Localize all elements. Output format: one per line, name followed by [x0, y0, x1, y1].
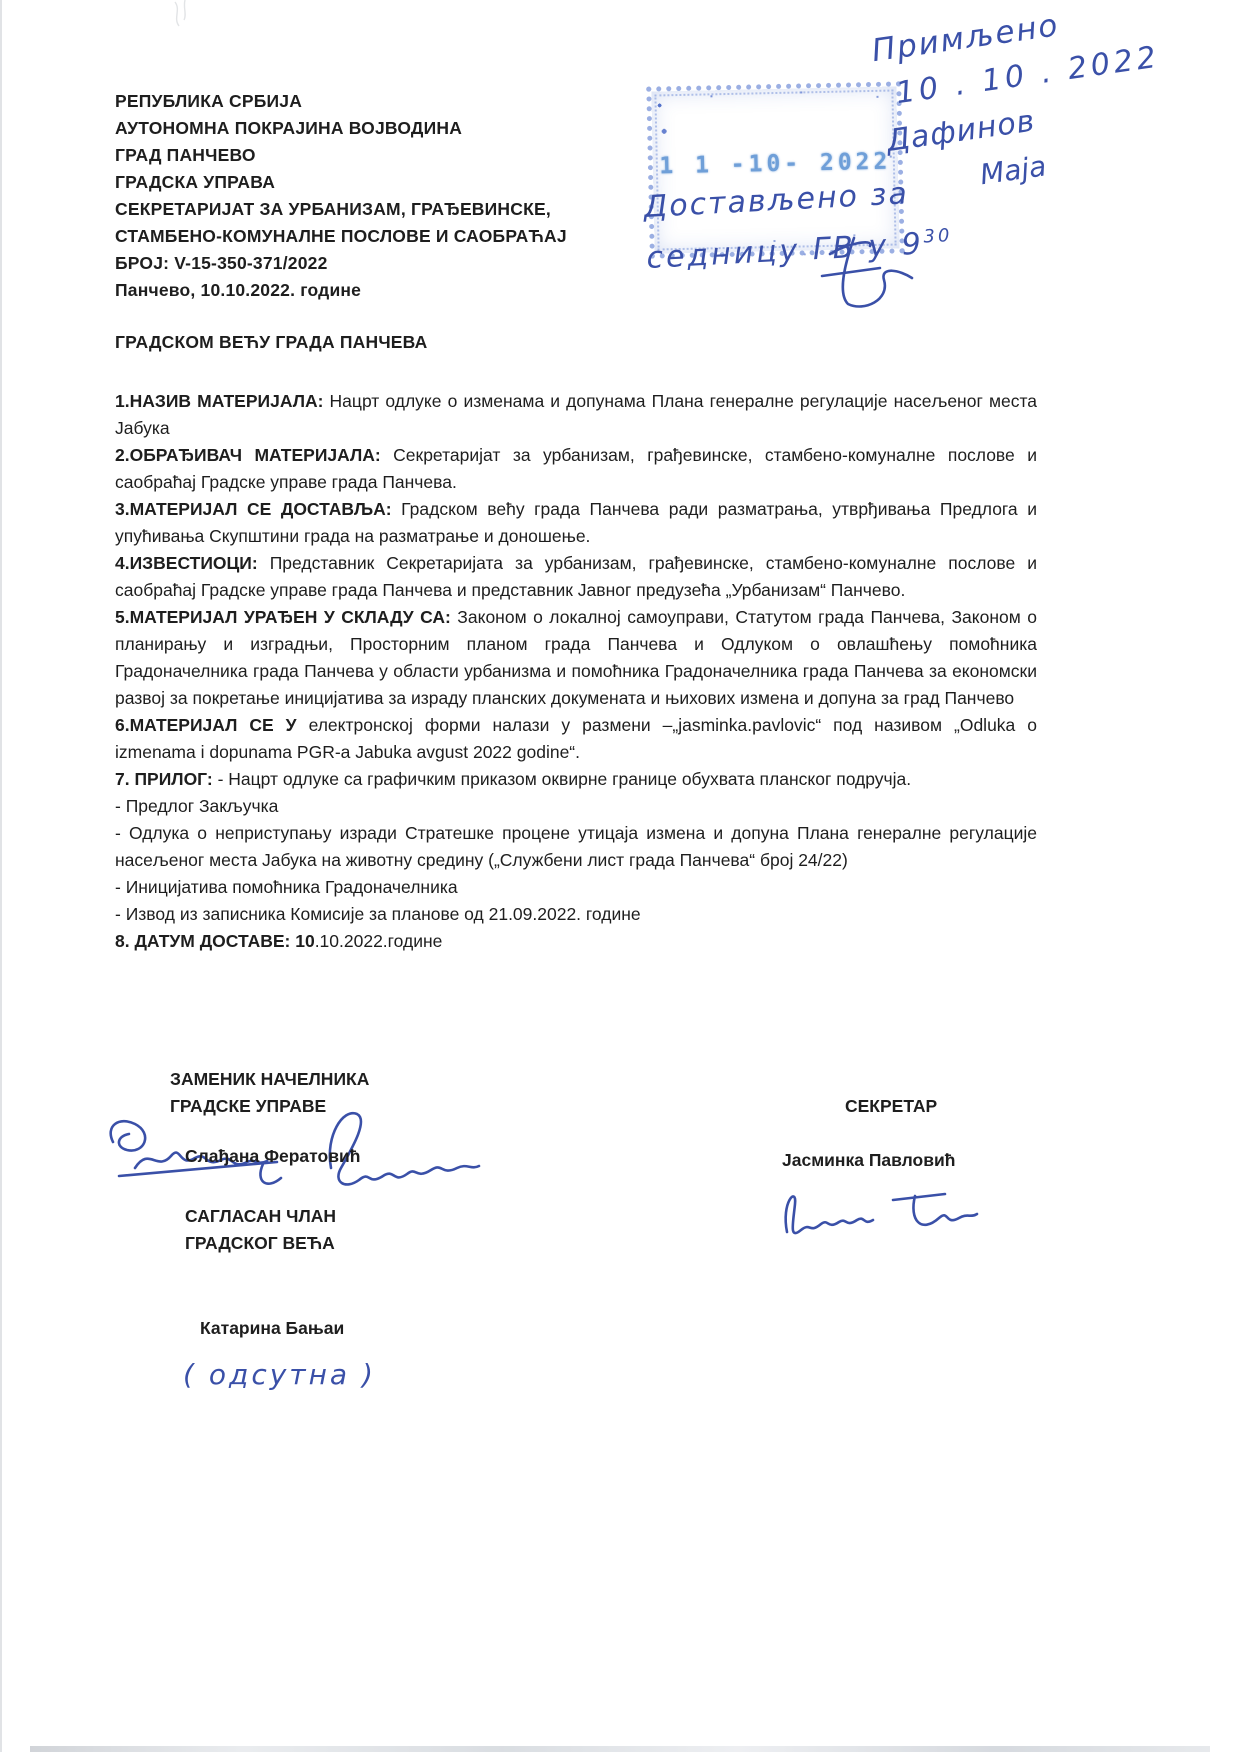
initials-signature — [812, 232, 927, 312]
scan-smudge — [163, 0, 203, 40]
item-naziv-materijala: 1.НАЗИВ МАТЕРИЈАЛА: Нацрт одлуке о измен… — [115, 388, 1037, 442]
delivery-superscript: 30 — [923, 225, 953, 247]
item-u-skladu-sa: 5.МАТЕРИЈАЛ УРАЂЕН У СКЛАДУ СА: Законом … — [115, 604, 1037, 712]
agreeing-member-title-line: САГЛАСАН ЧЛАН — [185, 1203, 336, 1230]
scan-edge-left — [0, 0, 2, 1752]
right-signer-title: СЕКРЕТАР — [845, 1096, 937, 1117]
prilog-line: - Одлука о неприступању изради Стратешке… — [115, 820, 1037, 874]
item-datum-dostave: 8. ДАТУМ ДОСТАВЕ: 10.10.2022.године — [115, 928, 1037, 955]
signature-jasminka-pavlovic — [775, 1182, 985, 1244]
letterhead-line: РЕПУБЛИКА СРБИЈА — [115, 88, 567, 115]
item-elektronska-forma: 6.МАТЕРИЈАЛ СЕ У електронској форми нала… — [115, 712, 1037, 766]
item-dostavlja-se: 3.МАТЕРИЈАЛ СЕ ДОСТАВЉА: Градском већу г… — [115, 496, 1037, 550]
member-name: Катарина Бањаи — [200, 1318, 344, 1339]
agreeing-member-title: САГЛАСАН ЧЛАН ГРАДСКОГ ВЕЋА — [185, 1203, 336, 1257]
prilog-line: - Предлог Закључка — [115, 793, 1037, 820]
letterhead: РЕПУБЛИКА СРБИЈА АУТОНОМНА ПОКРАЈИНА ВОЈ… — [115, 88, 567, 304]
agreeing-member-title-line: ГРАДСКОГ ВЕЋА — [185, 1230, 336, 1257]
letterhead-line: ГРАД ПАНЧЕВО — [115, 142, 567, 169]
prilog-line: - Иницијатива помоћника Градоначелника — [115, 874, 1037, 901]
item-prilog: 7. ПРИЛОГ: - Нацрт одлуке са графичким п… — [115, 766, 1037, 793]
handwritten-absent-note: ( одсутна ) — [183, 1358, 376, 1391]
letterhead-line: СЕКРЕТАРИЈАТ ЗА УРБАНИЗАМ, ГРАЂЕВИНСКЕ, — [115, 196, 567, 223]
document-number: БРОЈ: V-15-350-371/2022 — [115, 250, 567, 277]
prilog-line: - Извод из записника Комисије за планове… — [115, 901, 1037, 928]
letterhead-line: ГРАДСКА УПРАВА — [115, 169, 567, 196]
letterhead-line: АУТОНОМНА ПОКРАЈИНА ВОЈВОДИНА — [115, 115, 567, 142]
letterhead-line: СТАМБЕНО-КОМУНАЛНЕ ПОСЛОВЕ И САОБРАЋАЈ — [115, 223, 567, 250]
scan-edge-bottom — [30, 1746, 1210, 1752]
right-signer-name: Јасминка Павловић — [782, 1150, 955, 1171]
scanned-document-page: РЕПУБЛИКА СРБИЈА АУТОНОМНА ПОКРАЈИНА ВОЈ… — [0, 0, 1240, 1752]
left-signer-title-line: ЗАМЕНИК НАЧЕЛНИКА — [170, 1066, 369, 1093]
item-izvestioci: 4.ИЗВЕСТИОЦИ: Представник Секретаријата … — [115, 550, 1037, 604]
addressee-title: ГРАДСКОМ ВЕЋУ ГРАДА ПАНЧЕВА — [115, 332, 428, 353]
place-and-date: Панчево, 10.10.2022. године — [115, 277, 567, 304]
document-body: 1.НАЗИВ МАТЕРИЈАЛА: Нацрт одлуке о измен… — [115, 388, 1037, 955]
left-signer-name: Слађана Фератовић — [185, 1146, 360, 1167]
item-obradjivac: 2.ОБРАЂИВАЧ МАТЕРИЈАЛА: Секретаријат за … — [115, 442, 1037, 496]
